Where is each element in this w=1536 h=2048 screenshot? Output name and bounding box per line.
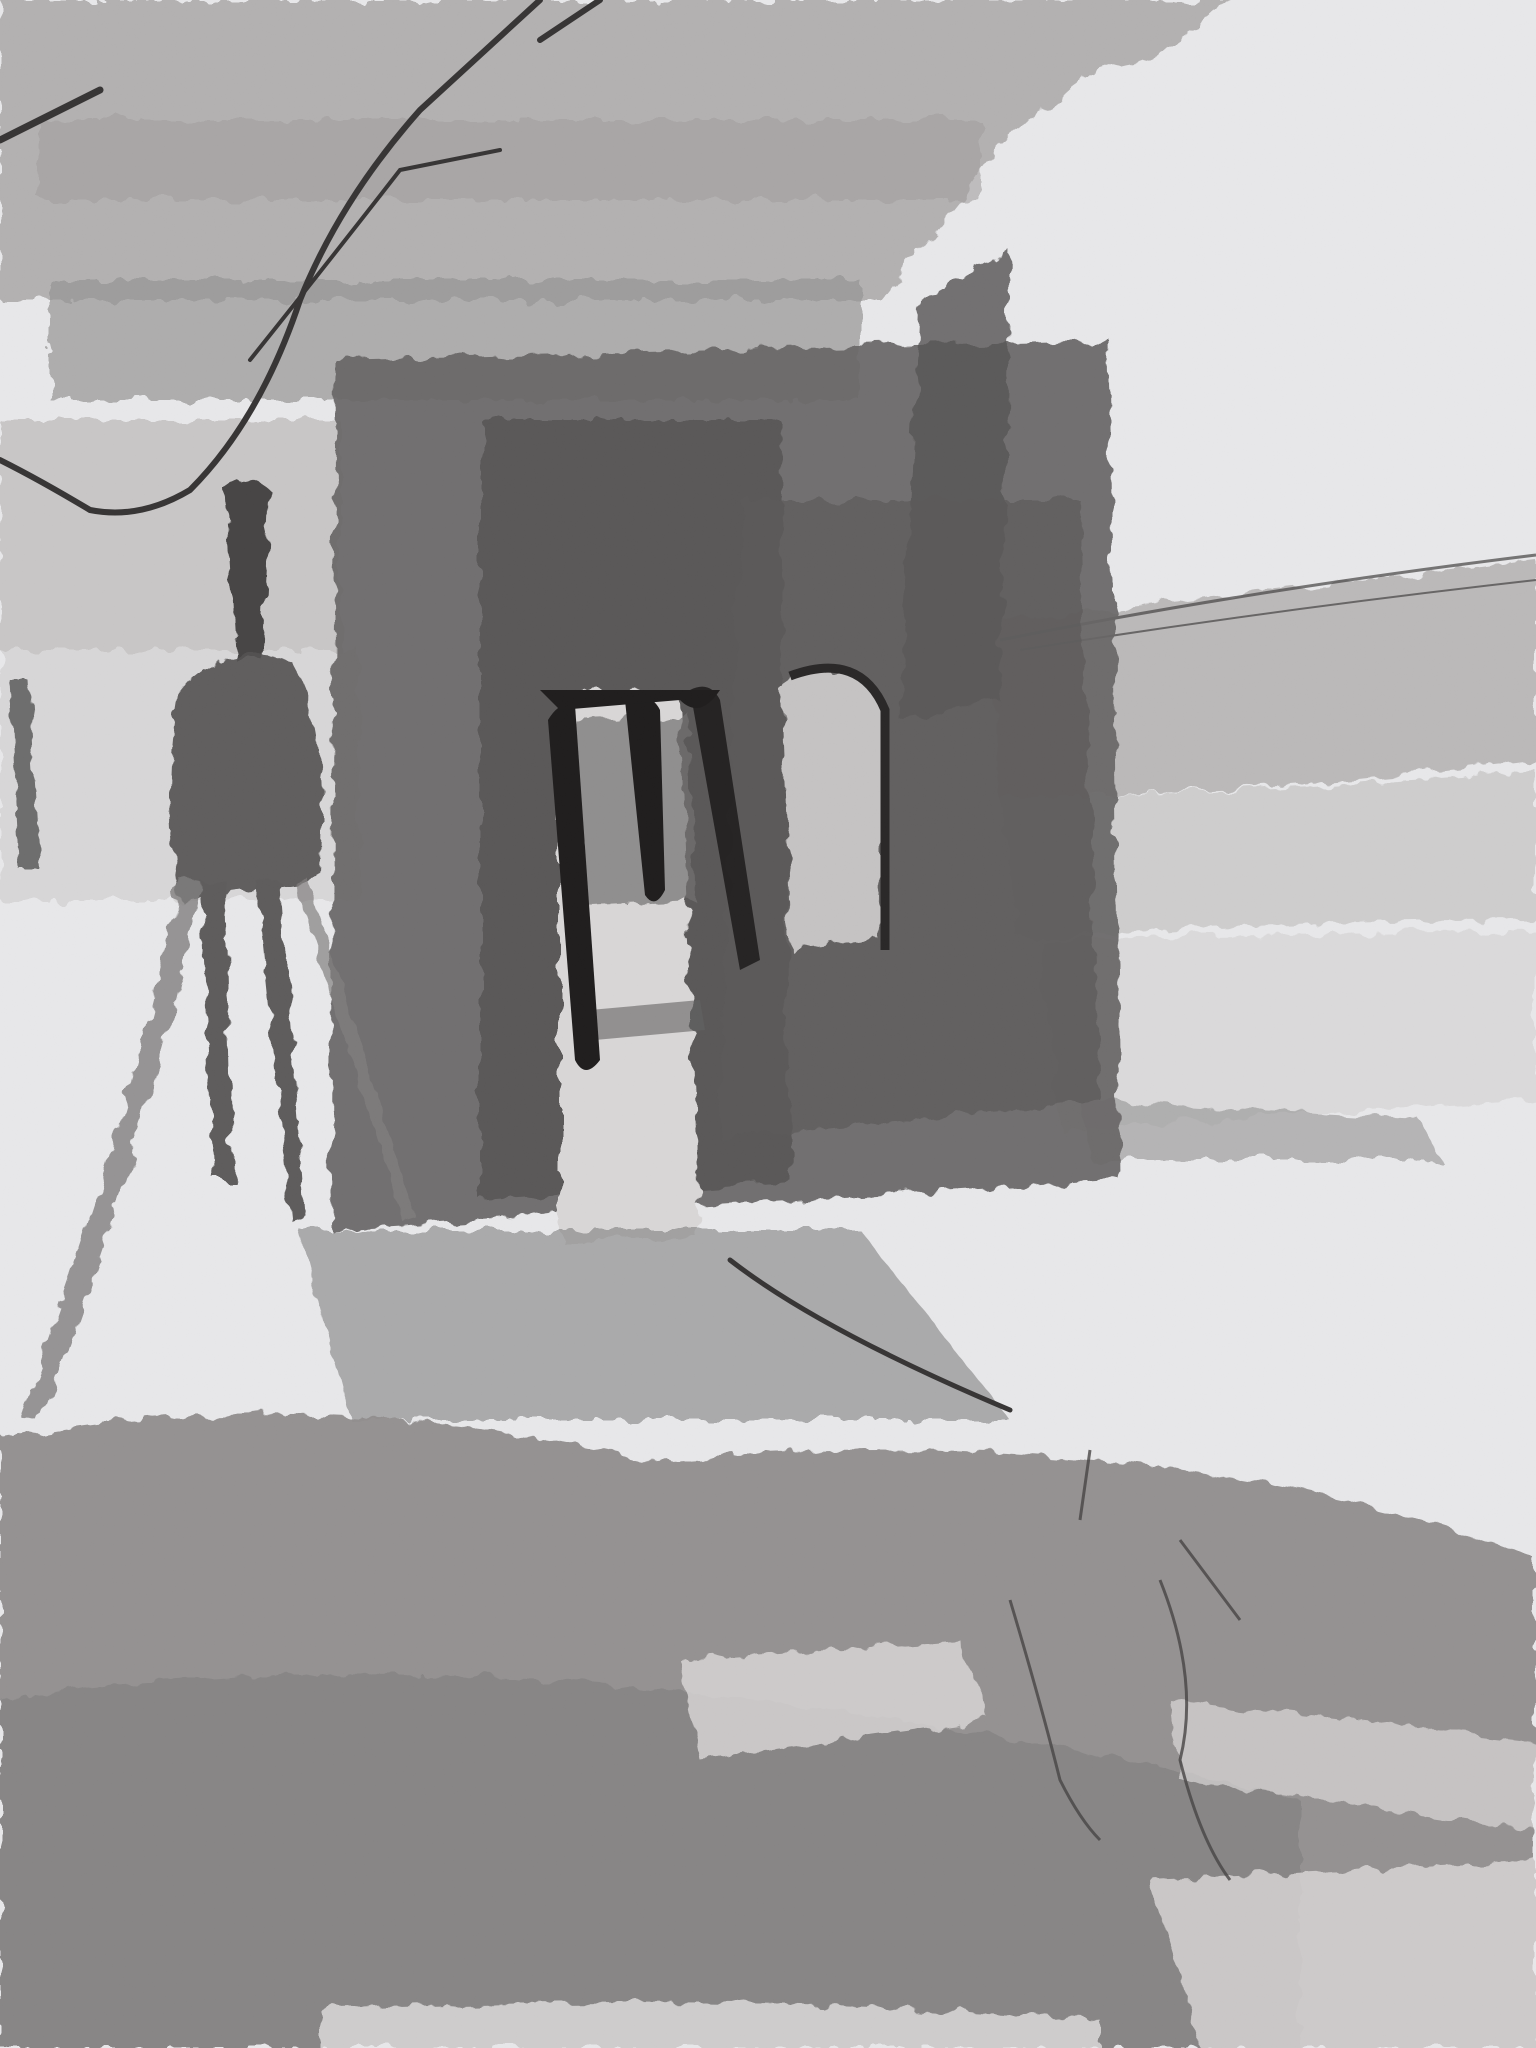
ink-wash-painting: [0, 0, 1536, 2048]
painting-svg: [0, 0, 1536, 2048]
paper-grain: [0, 0, 1536, 2048]
